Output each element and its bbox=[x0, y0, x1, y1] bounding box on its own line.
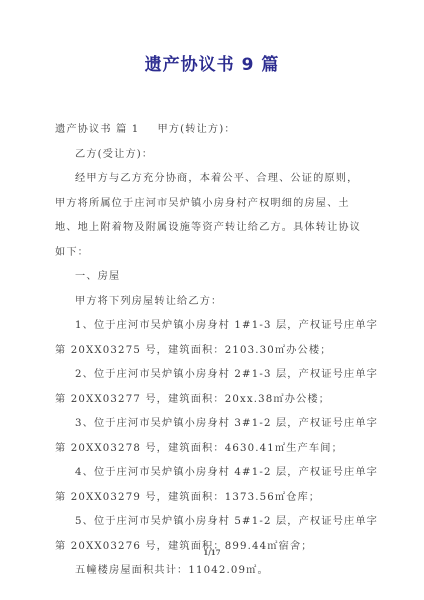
section-heading-housing: 一、房屋 bbox=[55, 265, 373, 290]
document-title: 遗产协议书 9 篇 bbox=[0, 50, 424, 75]
paragraph-line: 地、地上附着物及附属设施等资产转让给乙方。具体转让协议 bbox=[55, 216, 373, 241]
document-page: 遗产协议书 9 篇 遗产协议书 篇 1甲方(转让方)： 乙方(受让方)： 经甲方… bbox=[0, 0, 424, 600]
document-body: 遗产协议书 篇 1甲方(转让方)： 乙方(受让方)： 经甲方与乙方充分协商，本着… bbox=[55, 118, 373, 584]
total-area-line: 五幢楼房屋面积共计：11042.09㎡。 bbox=[55, 559, 373, 584]
property-item-1-cont: 第 20XX03275 号，建筑面积：2103.30㎡办公楼； bbox=[55, 339, 373, 364]
section-label: 遗产协议书 篇 1 bbox=[55, 124, 139, 135]
property-item-2: 2、位于庄河市吴炉镇小房身村 2#1-3 层，产权证号庄单字 bbox=[55, 363, 373, 388]
paragraph-line: 经甲方与乙方充分协商，本着公平、合理、公证的原则， bbox=[55, 167, 373, 192]
party-b-label: 乙方(受让方)： bbox=[55, 143, 373, 168]
paragraph-line: 甲方将下列房屋转让给乙方： bbox=[55, 290, 373, 315]
heading-line: 遗产协议书 篇 1甲方(转让方)： bbox=[55, 118, 373, 143]
property-item-4: 4、位于庄河市吴炉镇小房身村 4#1-2 层，产权证号庄单字 bbox=[55, 461, 373, 486]
property-item-3: 3、位于庄河市吴炉镇小房身村 3#1-2 层，产权证号庄单字 bbox=[55, 412, 373, 437]
party-a-label: 甲方(转让方)： bbox=[157, 124, 235, 135]
paragraph-line: 如下： bbox=[55, 241, 373, 266]
page-number: 1/17 bbox=[0, 548, 424, 557]
paragraph-line: 甲方将所属位于庄河市吴炉镇小房身村产权明细的房屋、土 bbox=[55, 192, 373, 217]
property-item-5: 5、位于庄河市吴炉镇小房身村 5#1-2 层，产权证号庄单字 bbox=[55, 510, 373, 535]
property-item-3-cont: 第 20XX03278 号，建筑面积：4630.41㎡生产车间； bbox=[55, 437, 373, 462]
property-item-4-cont: 第 20XX03279 号，建筑面积：1373.56㎡仓库； bbox=[55, 486, 373, 511]
property-item-1: 1、位于庄河市吴炉镇小房身村 1#1-3 层，产权证号庄单字 bbox=[55, 314, 373, 339]
property-item-2-cont: 第 20XX03277 号，建筑面积：20xx.38㎡办公楼； bbox=[55, 388, 373, 413]
